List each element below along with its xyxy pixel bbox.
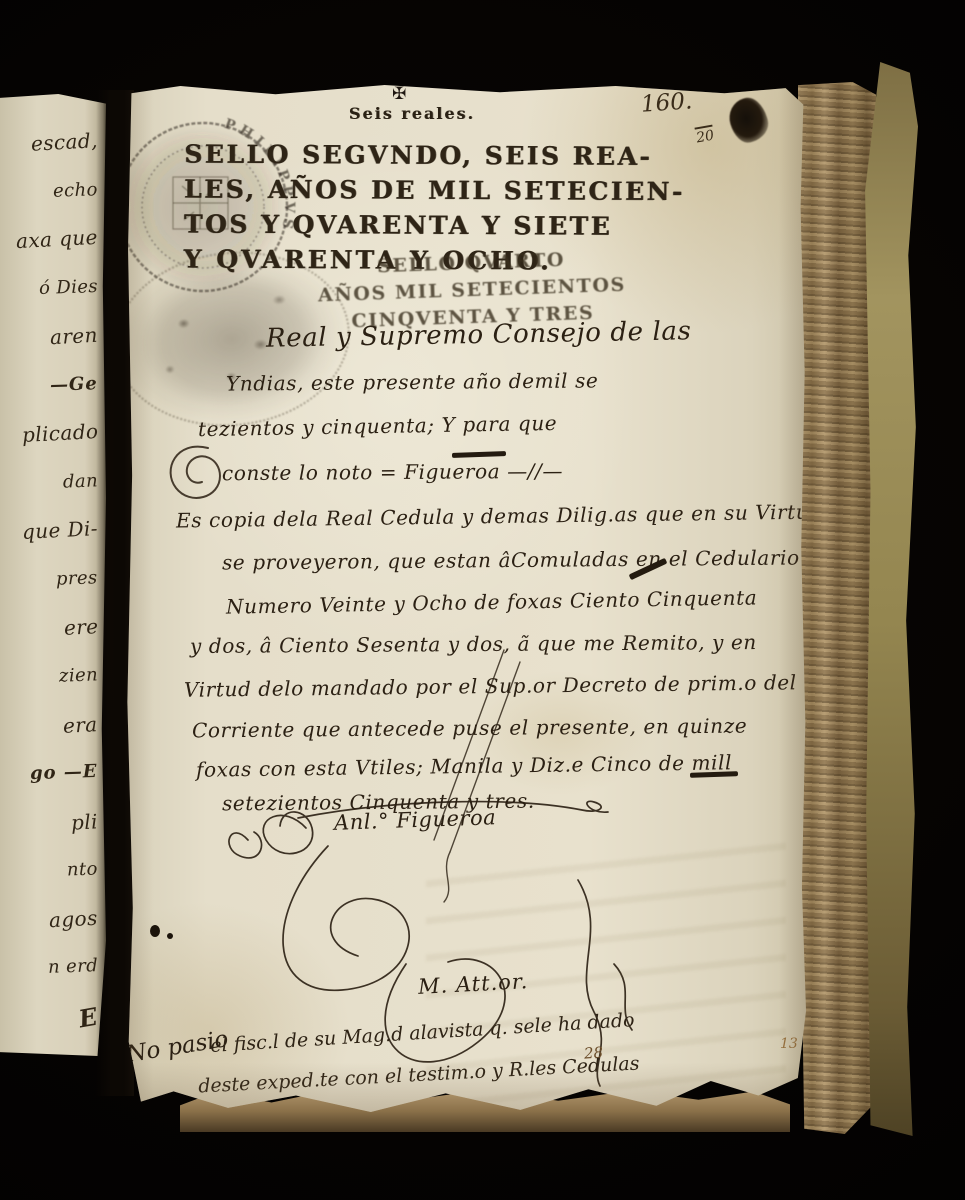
edge-folio-number: 13 (780, 1036, 798, 1052)
facing-page-edge: escad, echo axa que ó Dies aren —Ge plic… (0, 94, 106, 1056)
cross-ornament-icon: ✠ (392, 84, 406, 104)
margin-fragment: n erd (48, 957, 99, 977)
manuscript-line: conste lo noto = Figueroa —//— (222, 459, 563, 485)
margin-fragment: que Di- (22, 518, 99, 542)
book-fore-edge (798, 82, 876, 1134)
margin-fragment: zien (59, 666, 99, 685)
margin-fragment: ere (63, 617, 98, 639)
ink-dot (167, 933, 173, 939)
printed-line: SELLO SEGVNDO, SEIS REA- (184, 136, 759, 174)
flourish-initial (156, 436, 230, 510)
parchment-cover-edge (864, 62, 918, 1136)
margin-fragment: nto (67, 861, 98, 880)
margin-fragment: aren (50, 325, 99, 347)
printed-line: LES, AÑOS DE MIL SETECIEN- (184, 171, 759, 209)
margin-fragment: pli (71, 811, 99, 832)
ink-blot (725, 94, 773, 146)
manuscript-photo: escad, echo axa que ó Dies aren —Ge plic… (0, 0, 965, 1200)
manuscript-line: Real y Supremo Consejo de las (266, 316, 692, 353)
manuscript-page: ✠ Seis reales. 160. 20 (126, 84, 806, 1114)
margin-fragment: escad, (31, 130, 99, 153)
ink-stroke (690, 771, 738, 778)
printed-line: TOS Y QVARENTA Y SIETE (184, 206, 759, 244)
manuscript-line: Numero Veinte y Ocho de foxas Ciento Cin… (226, 585, 758, 618)
margin-fragment: —Ge (50, 375, 98, 395)
margin-fragment: ó Dies (39, 278, 99, 298)
note-number: 28 (583, 1043, 603, 1062)
ink-stroke (452, 451, 506, 458)
manuscript-line: Yndias, este presente año demil se (226, 368, 599, 395)
manuscript-line: tezientos y cinquenta; Y para que (198, 411, 558, 441)
ink-dot (150, 925, 160, 937)
margin-fragment: echo (53, 181, 98, 201)
margin-fragment: pres (56, 569, 98, 588)
price-line: Seis reales. (294, 104, 530, 123)
margin-fragment: plicado (21, 421, 98, 445)
margin-fragment: era (63, 714, 99, 736)
margin-fragment: agos (49, 907, 99, 930)
margin-fragment: axa que (16, 227, 99, 251)
manuscript-line: se proveyeron, que estan âComuladas en e… (222, 545, 800, 574)
facing-page-text-fragments: escad, echo axa que ó Dies aren —Ge plic… (0, 132, 98, 1030)
margin-fragment: dan (63, 472, 99, 491)
manuscript-line: Es copia dela Real Cedula y demas Dilig.… (176, 499, 806, 532)
folio-number: 160. (640, 88, 693, 118)
margin-fragment: go —E (30, 763, 98, 783)
